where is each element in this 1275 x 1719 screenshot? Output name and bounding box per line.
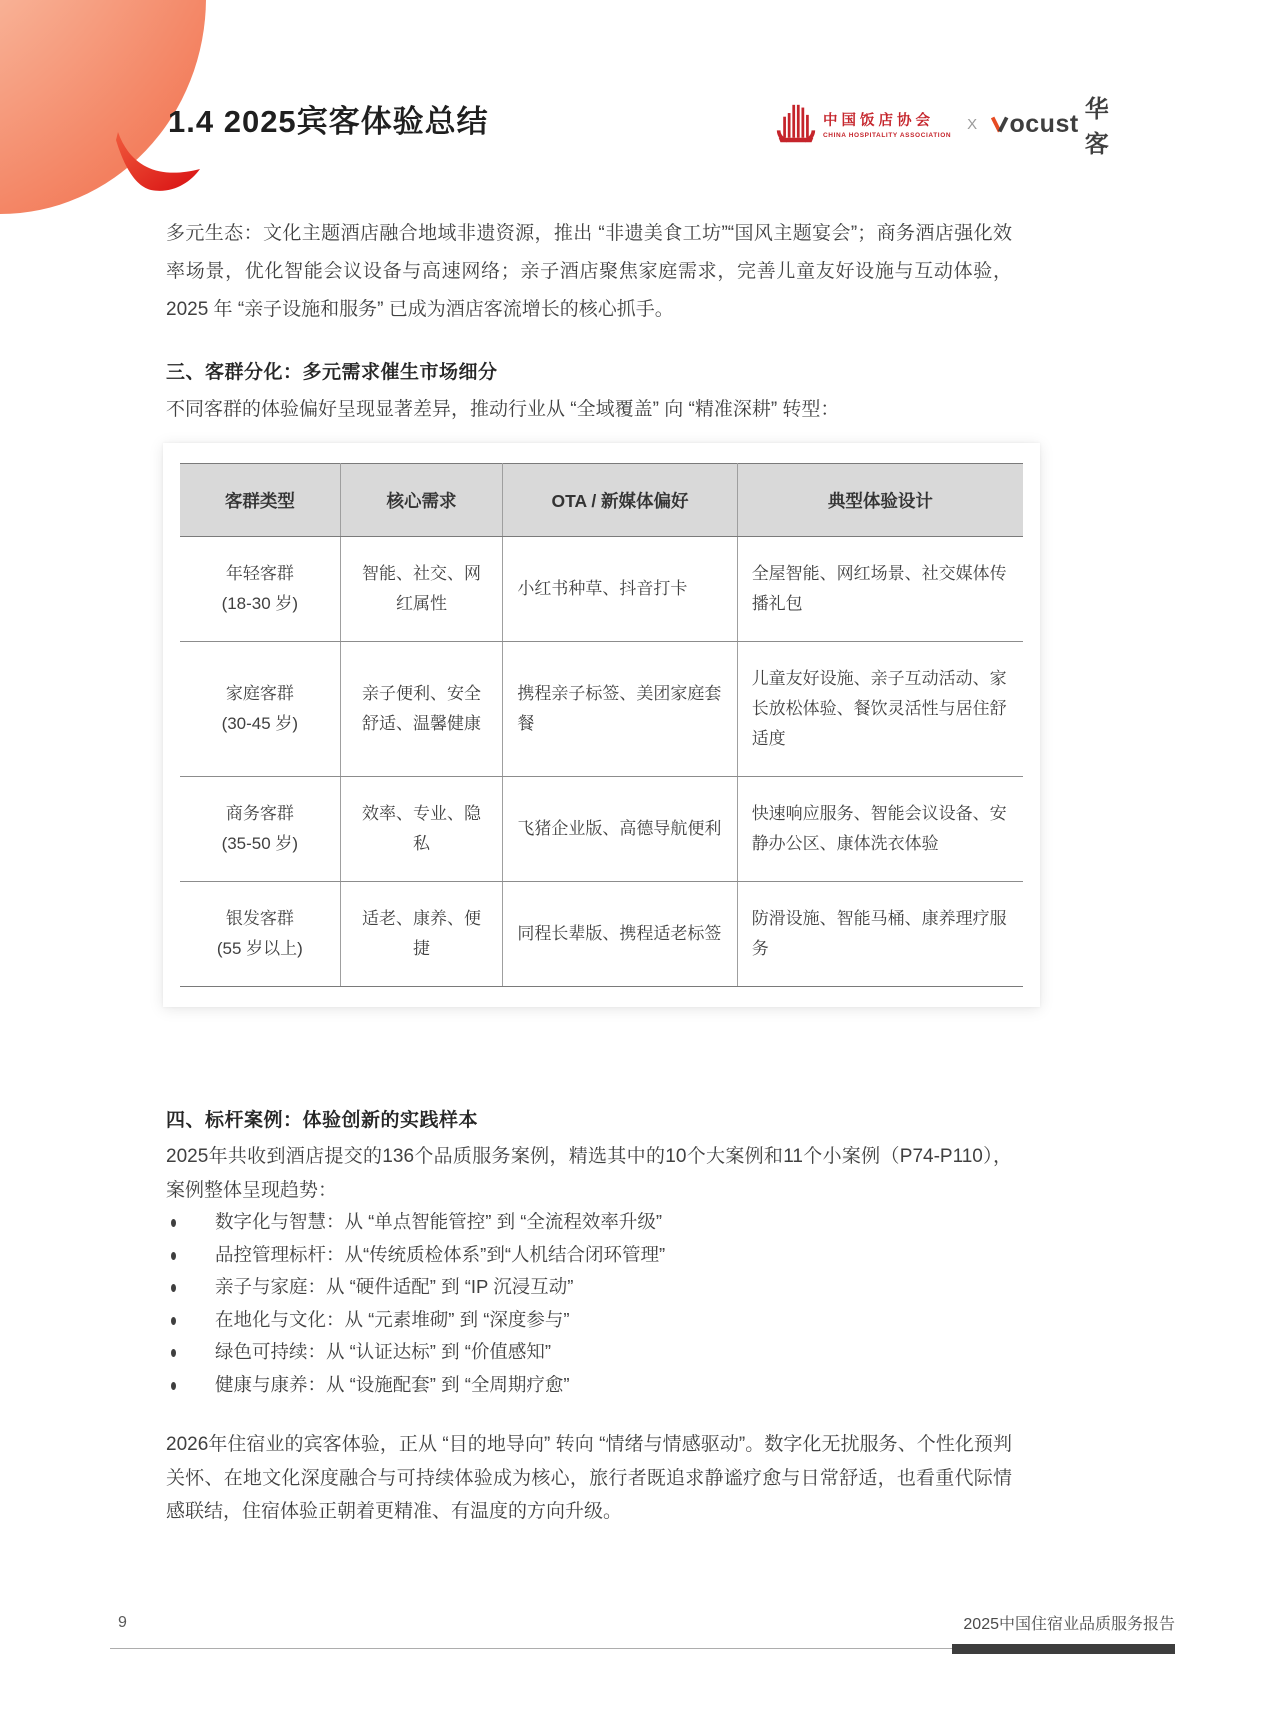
list-item: 品控管理标杆：从“传统质检体系”到“人机结合闭环管理” bbox=[166, 1239, 1012, 1272]
cell-guest-type: 家庭客群 (30-45 岁) bbox=[180, 642, 340, 777]
list-item: 绿色可持续：从 “认证达标” 到 “价值感知” bbox=[166, 1336, 1012, 1369]
cell-ota-preference: 同程长辈版、携程适老标签 bbox=[503, 882, 737, 987]
closing-paragraph: 2026年住宿业的宾客体验，正从 “目的地导向” 转向 “情绪与情感驱动”。数字… bbox=[166, 1428, 1012, 1529]
bullet-text: 健康与康养：从 “设施配套” 到 “全周期疗愈” bbox=[215, 1374, 570, 1395]
section4-lead: 2025年共收到酒店提交的136个品质服务案例，精选其中的10个大案例和11个小… bbox=[166, 1140, 1012, 1208]
page-title: 1.4 2025宾客体验总结 bbox=[168, 96, 489, 141]
cell-core-needs: 智能、社交、网红属性 bbox=[340, 537, 503, 642]
guest-type-age: (18-30 岁) bbox=[194, 589, 326, 619]
vocust-v-icon bbox=[991, 111, 1008, 138]
cell-experience-design: 防滑设施、智能马桶、康养理疗服务 bbox=[737, 882, 1023, 987]
bullet-icon bbox=[171, 1349, 176, 1357]
footer-report-title: 2025中国住宿业品质服务报告 bbox=[963, 1611, 1175, 1634]
list-item: 数字化与智慧：从 “单点智能管控” 到 “全流程效率升级” bbox=[166, 1206, 1012, 1239]
table-row: 家庭客群 (30-45 岁) 亲子便利、安全舒适、温馨健康 携程亲子标签、美团家… bbox=[180, 642, 1023, 777]
bullet-text: 数字化与智慧：从 “单点智能管控” 到 “全流程效率升级” bbox=[215, 1211, 662, 1232]
bullet-icon bbox=[171, 1252, 176, 1260]
cell-ota-preference: 小红书种草、抖音打卡 bbox=[503, 537, 737, 642]
section4-heading: 四、标杆案例：体验创新的实践样本 bbox=[166, 1105, 1012, 1132]
header-logos: 中国饭店协会 CHINA HOSPITALITY ASSOCIATION X o… bbox=[775, 98, 1105, 150]
cell-guest-type: 年轻客群 (18-30 岁) bbox=[180, 537, 340, 642]
guest-type-age: (55 岁以上) bbox=[194, 934, 326, 964]
page-number: 9 bbox=[118, 1614, 127, 1632]
list-item: 在地化与文化：从 “元素堆砌” 到 “深度参与” bbox=[166, 1304, 1012, 1337]
cell-guest-type: 商务客群 (35-50 岁) bbox=[180, 777, 340, 882]
cell-experience-design: 全屋智能、网红场景、社交媒体传播礼包 bbox=[737, 537, 1023, 642]
cell-experience-design: 儿童友好设施、亲子互动活动、家长放松体验、餐饮灵活性与居住舒适度 bbox=[737, 642, 1023, 777]
guest-type-age: (30-45 岁) bbox=[194, 709, 326, 739]
segmentation-table: 客群类型 核心需求 OTA / 新媒体偏好 典型体验设计 年轻客群 (18-30… bbox=[180, 463, 1023, 987]
guest-type-name: 年轻客群 bbox=[194, 559, 326, 589]
logo-separator: X bbox=[967, 116, 977, 133]
report-page: 1.4 2025宾客体验总结 中国饭店协会 CHINA HOSPITALI bbox=[0, 0, 1275, 1719]
bullet-icon bbox=[171, 1284, 176, 1292]
segmentation-table-card: 客群类型 核心需求 OTA / 新媒体偏好 典型体验设计 年轻客群 (18-30… bbox=[163, 443, 1040, 1007]
bullet-icon bbox=[171, 1219, 176, 1227]
bullet-text: 亲子与家庭：从 “硬件适配” 到 “IP 沉浸互动” bbox=[215, 1276, 573, 1297]
column-header-needs: 核心需求 bbox=[340, 464, 503, 537]
cell-core-needs: 亲子便利、安全舒适、温馨健康 bbox=[340, 642, 503, 777]
vocust-logo: ocust 华客 bbox=[991, 89, 1119, 159]
table-row: 年轻客群 (18-30 岁) 智能、社交、网红属性 小红书种草、抖音打卡 全屋智… bbox=[180, 537, 1023, 642]
bullet-text: 品控管理标杆：从“传统质检体系”到“人机结合闭环管理” bbox=[215, 1244, 665, 1265]
cha-name-en: CHINA HOSPITALITY ASSOCIATION bbox=[823, 132, 951, 139]
cell-ota-preference: 携程亲子标签、美团家庭套餐 bbox=[503, 642, 737, 777]
cha-building-icon bbox=[775, 101, 817, 147]
section3-lead: 不同客群的体验偏好呈现显著差异，推动行业从 “全域覆盖” 向 “精准深耕” 转型… bbox=[166, 393, 1012, 427]
bullet-icon bbox=[171, 1382, 176, 1390]
guest-type-name: 商务客群 bbox=[194, 799, 326, 829]
guest-type-age: (35-50 岁) bbox=[194, 829, 326, 859]
table-row: 商务客群 (35-50 岁) 效率、专业、隐私 飞猪企业版、高德导航便利 快速响… bbox=[180, 777, 1023, 882]
section3-heading: 三、客群分化：多元需求催生市场细分 bbox=[166, 357, 1012, 384]
bullet-text: 绿色可持续：从 “认证达标” 到 “价值感知” bbox=[215, 1341, 551, 1362]
column-header-ota: OTA / 新媒体偏好 bbox=[503, 464, 737, 537]
table-row: 银发客群 (55 岁以上) 适老、康养、便捷 同程长辈版、携程适老标签 防滑设施… bbox=[180, 882, 1023, 987]
list-item: 亲子与家庭：从 “硬件适配” 到 “IP 沉浸互动” bbox=[166, 1271, 1012, 1304]
cell-guest-type: 银发客群 (55 岁以上) bbox=[180, 882, 340, 987]
trend-bullet-list: 数字化与智慧：从 “单点智能管控” 到 “全流程效率升级” 品控管理标杆：从“传… bbox=[166, 1206, 1012, 1401]
vocust-wordmark: ocust bbox=[1010, 110, 1079, 139]
bullet-text: 在地化与文化：从 “元素堆砌” 到 “深度参与” bbox=[215, 1309, 570, 1330]
cha-logo: 中国饭店协会 CHINA HOSPITALITY ASSOCIATION bbox=[775, 101, 951, 147]
column-header-type: 客群类型 bbox=[180, 464, 340, 537]
column-header-design: 典型体验设计 bbox=[737, 464, 1023, 537]
cha-name-cn: 中国饭店协会 bbox=[823, 109, 951, 130]
intro-paragraph: 多元生态：文化主题酒店融合地域非遗资源，推出 “非遗美食工坊”“国风主题宴会”；… bbox=[166, 215, 1012, 329]
cell-core-needs: 效率、专业、隐私 bbox=[340, 777, 503, 882]
footer-accent-bar bbox=[952, 1644, 1175, 1654]
cell-experience-design: 快速响应服务、智能会议设备、安静办公区、康体洗衣体验 bbox=[737, 777, 1023, 882]
table-header-row: 客群类型 核心需求 OTA / 新媒体偏好 典型体验设计 bbox=[180, 464, 1023, 537]
vocust-suffix: 华客 bbox=[1085, 89, 1120, 159]
cell-core-needs: 适老、康养、便捷 bbox=[340, 882, 503, 987]
guest-type-name: 银发客群 bbox=[194, 904, 326, 934]
list-item: 健康与康养：从 “设施配套” 到 “全周期疗愈” bbox=[166, 1369, 1012, 1402]
bullet-icon bbox=[171, 1317, 176, 1325]
guest-type-name: 家庭客群 bbox=[194, 679, 326, 709]
cha-logo-text: 中国饭店协会 CHINA HOSPITALITY ASSOCIATION bbox=[823, 109, 951, 139]
cell-ota-preference: 飞猪企业版、高德导航便利 bbox=[503, 777, 737, 882]
